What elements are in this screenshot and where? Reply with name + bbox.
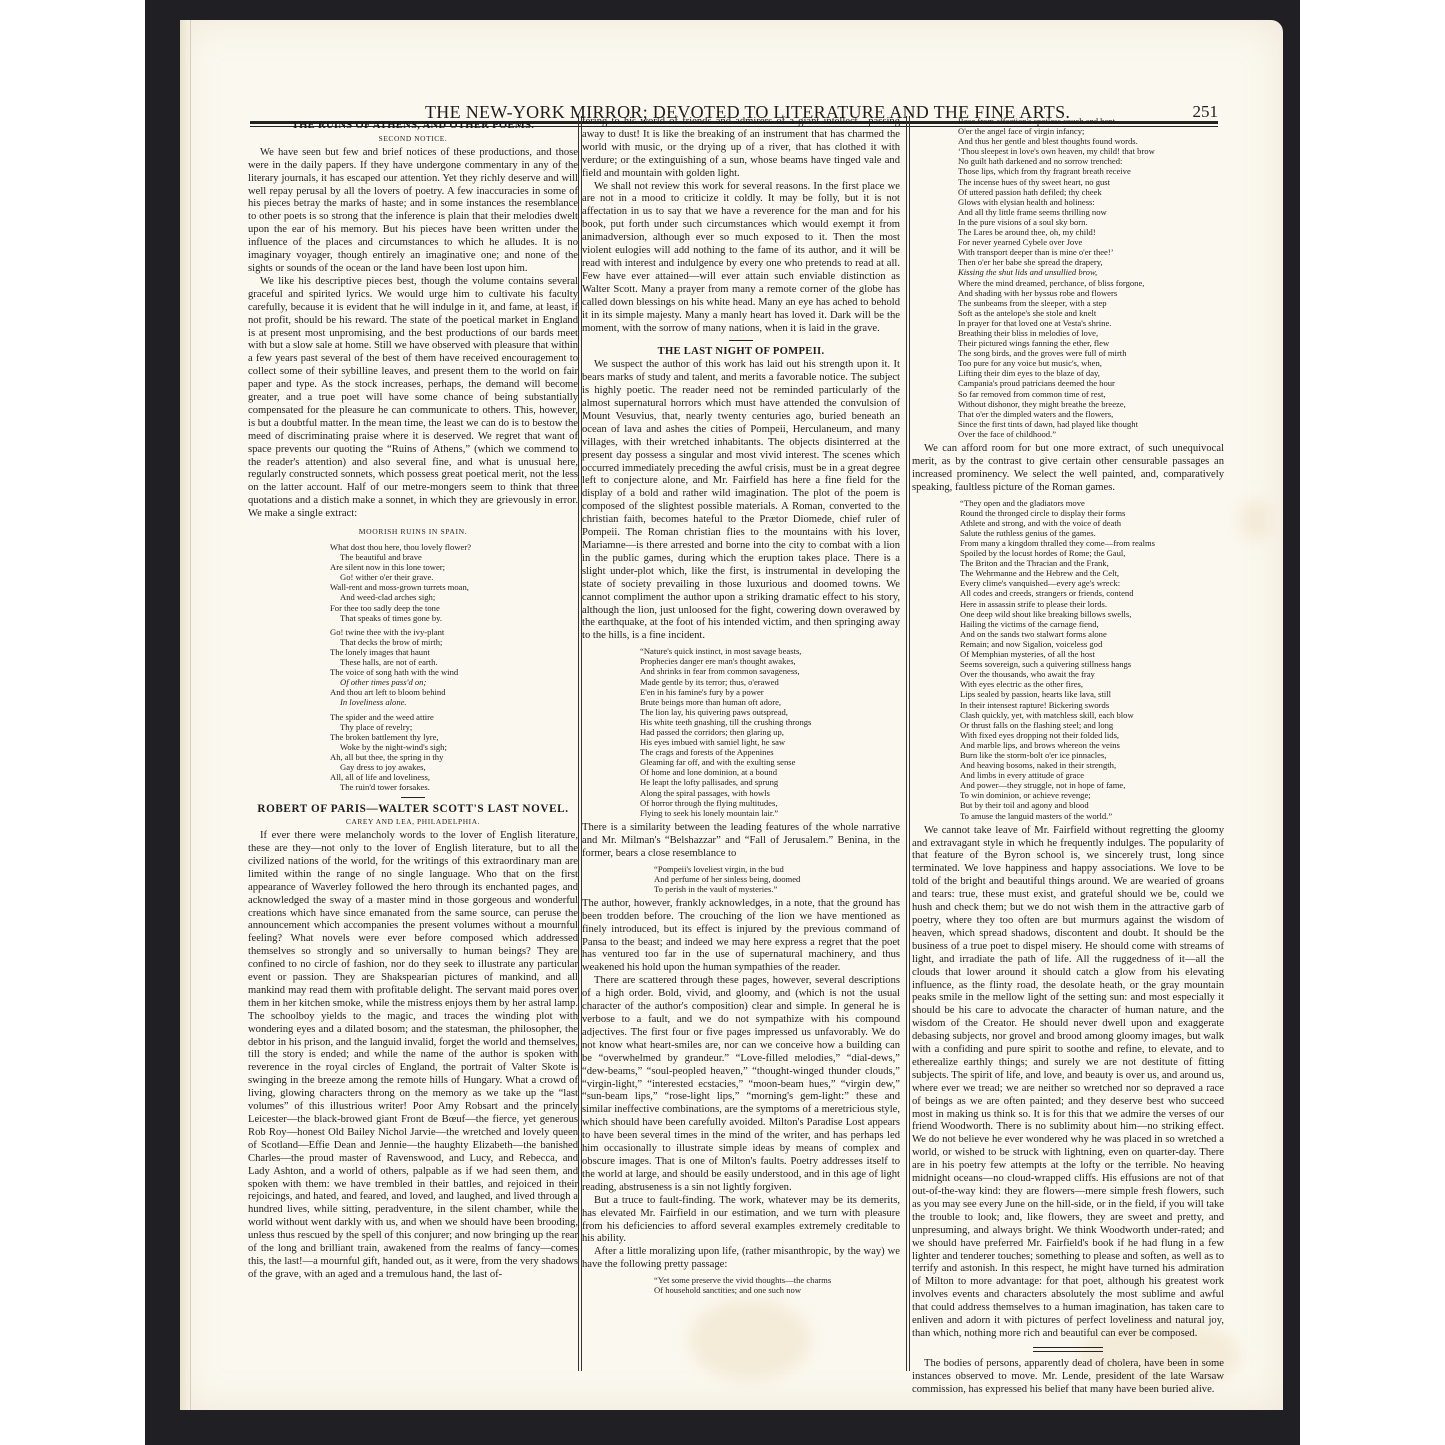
poem-line: Wall-rent and moss-grown turrets moan, [330, 582, 578, 592]
poem-line: Or thrust falls on the flashing steel; a… [960, 720, 1224, 730]
poem-line: And thou art left to bloom behind [330, 687, 578, 697]
poem-line: And shrinks in fear from common savagene… [640, 666, 900, 676]
poem-line: To win dominion, or achieve revenge; [960, 790, 1224, 800]
poem-line: With eyes electric as the other fires, [960, 679, 1224, 689]
paragraph: After a little moralizing upon life, (ra… [582, 1246, 900, 1272]
poem-line: All, all of life and loveliness, [330, 772, 578, 782]
poem-line: The Lares be around thee, oh, my child! [958, 227, 1224, 237]
column-3: Rose from affection's spotless couch and… [912, 116, 1224, 1397]
poem-line: Too pure for any voice but music's, when… [958, 358, 1224, 368]
article-subtitle: CAREY AND LEA, PHILADELPHIA. [248, 816, 578, 829]
poem-line: But by their toil and agony and blood [960, 800, 1224, 810]
poem-line: His eyes imbued with samiel light, he sa… [640, 737, 900, 747]
poem-line: All codes and creeds, strangers or frien… [960, 588, 1224, 598]
poem-line: Campania's proud patricians deemed the h… [958, 378, 1224, 388]
poem-stanza: Go! twine thee with the ivy-plantThat de… [330, 627, 578, 708]
poem-line: That o'er the dimpled waters and the flo… [958, 409, 1224, 419]
article-title-last-night-of-pompeii: THE LAST NIGHT OF POMPEII. [582, 346, 900, 359]
poem-line: Remain; and now Sigalion, voiceless god [960, 639, 1224, 649]
poem-line: And marble lips, and brows whereon the v… [960, 740, 1224, 750]
poem-line: To amuse the languid masters of the worl… [960, 811, 1224, 821]
poem-line: Prophecies danger ere man's thought awak… [640, 656, 900, 666]
poem-line: To perish in the vault of mysteries.” [654, 884, 900, 894]
section-rule [401, 797, 425, 798]
poem-line: Hailing the victims of the carnage fiend… [960, 619, 1224, 629]
paper-stain [1240, 500, 1270, 540]
poem-line: The lion lay, his quivering paws outspre… [640, 707, 900, 717]
poem-line: For never yearned Cybele over Jove [958, 237, 1224, 247]
poem-line: Lips sealed by passion, hearts like lava… [960, 689, 1224, 699]
section-rule-double [1033, 1347, 1103, 1352]
paragraph: We suspect the author of this work has l… [582, 359, 900, 643]
poem-line: And perfume of her sinless being, doomed [654, 874, 900, 884]
paragraph: There are scattered through these pages,… [582, 975, 900, 1194]
poem-line: With transport deeper than is mine o'er … [958, 247, 1224, 257]
poem-line: “They open and the gladiators move [960, 498, 1224, 508]
poem-line: That decks the brow of mirth; [330, 637, 578, 647]
poem-line: The sunbeams from the sleeper, with a st… [958, 298, 1224, 308]
poem-line: From many a kingdom thralled they come—f… [960, 538, 1224, 548]
poem-line: Seems sovereign, such a quivering stilln… [960, 659, 1224, 669]
poem-line: Over the thousands, who await the fray [960, 669, 1224, 679]
poem-line: His white teeth gnashing, till the crush… [640, 717, 900, 727]
poem-line: These halls, are not of earth. [330, 657, 578, 667]
poem-stanza: The spider and the weed attireThy place … [330, 712, 578, 793]
poem-stanza: What dost thou here, thou lovely flower?… [330, 542, 578, 623]
poem-excerpt-household: “Yet some preserve the vivid thoughts—th… [582, 1275, 900, 1295]
poem-line: And thus her gentle and blest thoughts f… [958, 136, 1224, 146]
poem-line: Breathing their bliss in melodies of lov… [958, 328, 1224, 338]
poem-line: The incense hues of thy sweet heart, no … [958, 177, 1224, 187]
poem-excerpt-mother: Rose from affection's spotless couch and… [912, 116, 1224, 439]
poem-line: The Briton and the Thracian and the Fran… [960, 558, 1224, 568]
poem-line: The ruin'd tower forsakes. [330, 782, 578, 792]
poem-line: And heaving bosoms, naked in their stren… [960, 760, 1224, 770]
poem-line: So far removed from common time of rest, [958, 389, 1224, 399]
poem-line: Spoiled by the locust hordes of Rome; th… [960, 548, 1224, 558]
poem-line: Salute the ruthless genius of the games. [960, 528, 1224, 538]
page-binding-edge [180, 20, 191, 1410]
poem-line: Of other times pass'd on; [330, 677, 578, 687]
poem-line: O'er the angel face of virgin infancy; [958, 126, 1224, 136]
poem-line: In prayer for that loved one at Vesta's … [958, 318, 1224, 328]
column-divider [909, 116, 910, 1371]
poem-line: For thee too sadly deep the tone [330, 603, 578, 613]
poem-line: Burn like the storm-bolt o'er ice pinnac… [960, 750, 1224, 760]
paragraph: The author, however, frankly acknowledge… [582, 898, 900, 975]
poem-title: MOORISH RUINS IN SPAIN. [248, 526, 578, 539]
column-2: fering to his world of friends and admir… [582, 116, 900, 1299]
poem-line: Glows with elysian health and holiness: [958, 197, 1224, 207]
poem-line: Over the face of childhood.” [958, 429, 1224, 439]
poem-line: Rose from affection's spotless couch and… [958, 116, 1224, 126]
poem-line: Had passed the corridors; then glaring u… [640, 727, 900, 737]
poem-excerpt-gladiators: “They open and the gladiators moveRound … [912, 498, 1224, 821]
paragraph: We have seen but few and brief notices o… [248, 147, 578, 276]
poem-line: Brute beings more than human oft adore, [640, 697, 900, 707]
poem-line: In loveliness alone. [330, 697, 578, 707]
poem-line: In their intensest rapture! Bickering sw… [960, 700, 1224, 710]
paragraph: But a truce to fault-finding. The work, … [582, 1195, 900, 1247]
poem-line: And on the sands two stalwart forms alon… [960, 629, 1224, 639]
poem-line: Without dishonor, they might breathe the… [958, 399, 1224, 409]
paper-stain [690, 1300, 810, 1380]
paragraph: If ever there were melancholy words to t… [248, 830, 578, 1282]
poem-line: “Yet some preserve the vivid thoughts—th… [654, 1275, 900, 1285]
poem-line: And weed-clad arches sigh; [330, 592, 578, 602]
news-note-cholera: The bodies of persons, apparently dead o… [912, 1358, 1224, 1397]
poem-line: Round the thronged circle to display the… [960, 508, 1224, 518]
poem-line: The spider and the weed attire [330, 712, 578, 722]
poem-line: ‘Thou sleepest in love's own heaven, my … [958, 146, 1224, 156]
poem-line: Go! twine thee with the ivy-plant [330, 627, 578, 637]
poem-line: Their pictured wings fanning the ether, … [958, 338, 1224, 348]
poem-line: Gay dress to joy awakes, [330, 762, 578, 772]
poem-line: Here in assassin strife to please their … [960, 599, 1224, 609]
poem-line: Lifting their dim eyes to the blaze of d… [958, 368, 1224, 378]
poem-line: Flying to seek his lonely mountain lair.… [640, 808, 900, 818]
poem-line: Go! wither o'er their grave. [330, 572, 578, 582]
paragraph: We can afford room for but one more extr… [912, 443, 1224, 495]
poem-line: Where the mind dreamed, perchance, of bl… [958, 278, 1224, 288]
poem-excerpt-lion: “Nature's quick instinct, in most savage… [582, 646, 900, 818]
poem-line: He leapt the lofty pallisades, and sprun… [640, 777, 900, 787]
poem-line: Every clime's vanquished—every age's wre… [960, 578, 1224, 588]
poem-line: Since the first tints of dawn, had playe… [958, 419, 1224, 429]
poem-line: “Pompeii's loveliest virgin, in the bud [654, 864, 900, 874]
poem-line: Of uttered passion hath defiled; thy che… [958, 187, 1224, 197]
poem-line: Of household sanctities; and one such no… [654, 1285, 900, 1295]
poem-line: Thy place of revelry; [330, 722, 578, 732]
poem-line: And shading with her byssus robe and flo… [958, 288, 1224, 298]
poem-line: In the pure visions of a soul sky born. [958, 217, 1224, 227]
poem-line: No guilt hath darkened and no sorrow tre… [958, 156, 1224, 166]
paragraph: We like his descriptive pieces best, tho… [248, 276, 578, 521]
poem-line: Kissing the shut lids and unsullied brow… [958, 267, 1224, 277]
poem-line: With fixed eyes dropping not their folde… [960, 730, 1224, 740]
poem-line: Those lips, which from thy fragrant brea… [958, 166, 1224, 176]
poem-line: Of horror through the flying multitudes, [640, 798, 900, 808]
poem-line: The broken battlement thy lyre, [330, 732, 578, 742]
poem-line: That speaks of times gone by. [330, 613, 578, 623]
column-divider [578, 116, 579, 1371]
poem-moorish-ruins: What dost thou here, thou lovely flower?… [248, 542, 578, 792]
poem-line: And power—they struggle, not in hope of … [960, 780, 1224, 790]
poem-line: Clash quickly, yet, with matchless skill… [960, 710, 1224, 720]
column-divider [906, 116, 907, 1371]
poem-line: The Wehrmanne and the Hebrew and the Cel… [960, 568, 1224, 578]
poem-line: E'en in his famine's fury by a power [640, 687, 900, 697]
poem-line: One deep wild shout like breaking billow… [960, 609, 1224, 619]
paragraph: We cannot take leave of Mr. Fairfield wi… [912, 825, 1224, 1341]
poem-line: Soft as the antelope's she stole and kne… [958, 308, 1224, 318]
poem-line: Ah, all but thee, the spring in thy [330, 752, 578, 762]
poem-line: And all thy little frame seems thrilling… [958, 207, 1224, 217]
poem-line: Are silent now in this lone tower; [330, 562, 578, 572]
poem-line: Woke by the night-wind's sigh; [330, 742, 578, 752]
poem-line: Of home and lone dominion, at a bound [640, 767, 900, 777]
poem-line: The lonely images that haunt [330, 647, 578, 657]
article-subtitle: SECOND NOTICE. [248, 133, 578, 146]
poem-line: Along the spiral passages, with howls [640, 788, 900, 798]
column-1: THE RUINS OF ATHENS, AND OTHER POEMS. SE… [248, 116, 578, 1282]
article-title-ruins-of-athens: THE RUINS OF ATHENS, AND OTHER POEMS. [248, 120, 578, 133]
poem-line: What dost thou here, thou lovely flower? [330, 542, 578, 552]
poem-line: Then o'er her babe she spread the draper… [958, 257, 1224, 267]
poem-line: The song birds, and the groves were full… [958, 348, 1224, 358]
article-title-robert-of-paris: ROBERT OF PARIS—WALTER SCOTT'S LAST NOVE… [248, 803, 578, 816]
poem-line: Made gentle by its terror; thus, o'erawe… [640, 677, 900, 687]
poem-line: Gleaming far off, and with the exulting … [640, 757, 900, 767]
poem-line: And limbs in every attitude of grace [960, 770, 1224, 780]
paragraph: We shall not review this work for severa… [582, 181, 900, 336]
poem-line: The crags and forests of the Appenines [640, 747, 900, 757]
poem-line: Athlete and strong, and with the voice o… [960, 518, 1224, 528]
paragraph: fering to his world of friends and admir… [582, 116, 900, 181]
poem-line: “Nature's quick instinct, in most savage… [640, 646, 900, 656]
section-rule [729, 340, 753, 341]
poem-excerpt-virgin: “Pompeii's loveliest virgin, in the budA… [582, 864, 900, 894]
paragraph: There is a similarity between the leadin… [582, 822, 900, 861]
poem-line: The beautiful and brave [330, 552, 578, 562]
poem-line: Of Memphian mysteries, of all the host [960, 649, 1224, 659]
poem-line: The voice of song hath with the wind [330, 667, 578, 677]
